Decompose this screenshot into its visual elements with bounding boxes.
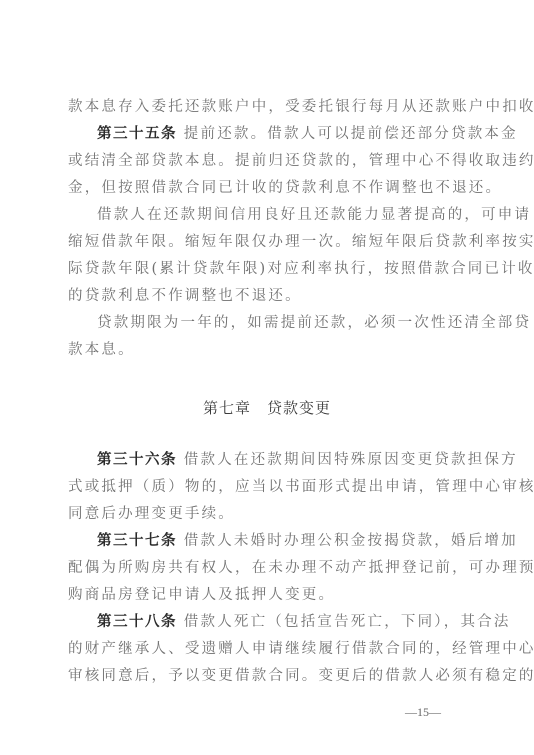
text-line: 金，但按照借款合同已计收的贷款利息不作调整也不退还。 bbox=[68, 179, 470, 197]
text-line: 同意后办理变更手续。 bbox=[68, 505, 470, 523]
text-line: 款本息存入委托还款账户中，受委托银行每月从还款账户中扣收。 bbox=[68, 98, 470, 116]
text-line: 借款人在还款期间信用良好且还款能力显著提高的，可申请 bbox=[97, 206, 470, 224]
text-line: 购商品房登记申请人及抵押人变更。 bbox=[68, 586, 470, 604]
chapter-title: 第七章 贷款变更 bbox=[0, 397, 534, 418]
text-line: 配偶为所购房共有权人，在未办理不动产抵押登记前，可办理预 bbox=[68, 559, 470, 577]
page-number: —15— bbox=[405, 705, 441, 720]
article-36-heading: 第三十六条 借款人在还款期间因特殊原因变更贷款担保方 bbox=[97, 451, 470, 469]
article-37-heading: 第三十七条 借款人未婚时办理公积金按揭贷款，婚后增加 bbox=[97, 532, 470, 550]
document-page: 款本息存入委托还款账户中，受委托银行每月从还款账户中扣收。 第三十五条 提前还款… bbox=[0, 0, 534, 755]
text-line: 式或抵押（质）物的，应当以书面形式提出申请，管理中心审核 bbox=[68, 478, 470, 496]
text-line: 审核同意后，予以变更借款合同。变更后的借款人必须有稳定的 bbox=[68, 667, 470, 685]
text-line: 缩短借款年限。缩短年限仅办理一次。缩短年限后贷款利率按实 bbox=[68, 233, 470, 251]
text-line: 或结清全部贷款本息。提前归还贷款的，管理中心不得收取违约 bbox=[68, 152, 470, 170]
article-38-heading: 第三十八条 借款人死亡（包括宣告死亡，下同），其合法 bbox=[97, 613, 470, 631]
text-line: 贷款期限为一年的，如需提前还款，必须一次性还清全部贷 bbox=[97, 314, 470, 332]
text-line: 的财产继承人、受遗赠人申请继续履行借款合同的，经管理中心 bbox=[68, 640, 470, 658]
article-35-heading: 第三十五条 提前还款。借款人可以提前偿还部分贷款本金 bbox=[97, 125, 470, 143]
text-line: 的贷款利息不作调整也不退还。 bbox=[68, 287, 470, 305]
text-line: 际贷款年限(累计贷款年限)对应利率执行，按照借款合同已计收 bbox=[68, 260, 470, 278]
text-line: 款本息。 bbox=[68, 341, 470, 359]
